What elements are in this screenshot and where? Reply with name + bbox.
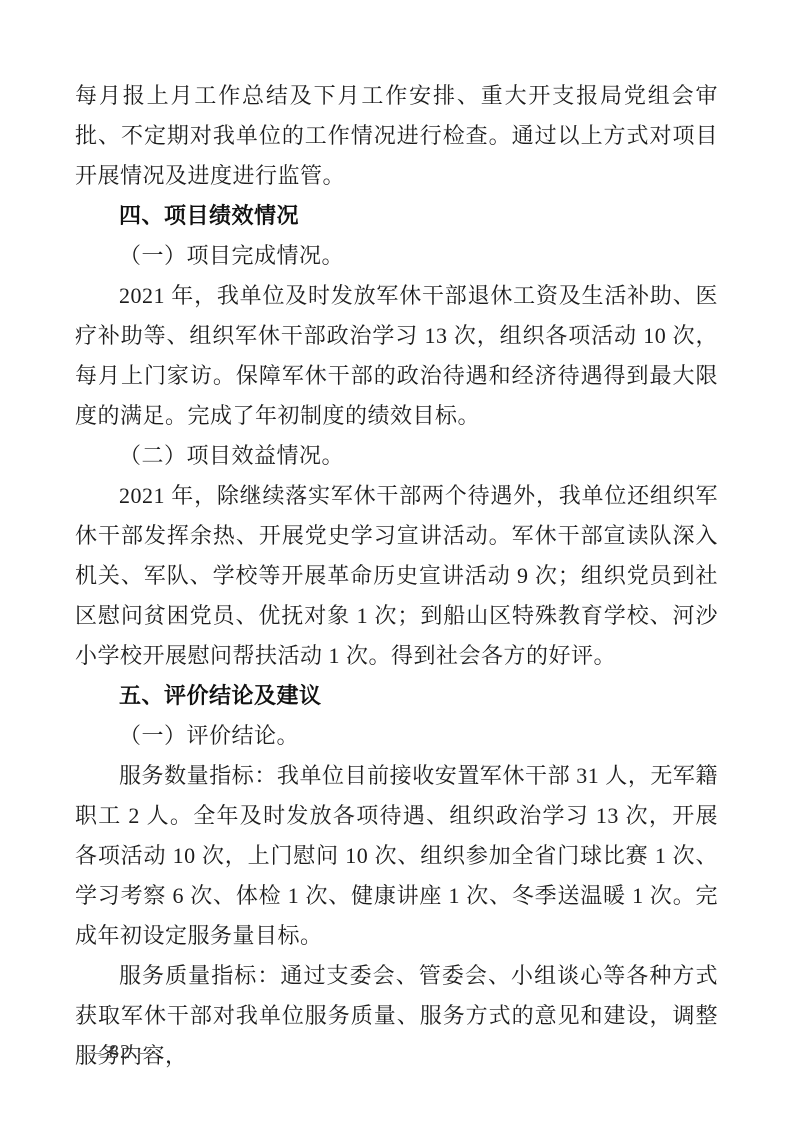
paragraph-service-quality-indicator: 服务质量指标：通过支委会、管委会、小组谈心等各种方式获取军休干部对我单位服务质量… <box>75 956 718 1076</box>
footer-right-dash: — <box>131 1041 166 1063</box>
paragraph-project-benefit: 2021 年，除继续落实军休干部两个待遇外，我单位还组织军休干部发挥余热、开展党… <box>75 476 718 676</box>
page-number: 82 <box>109 1041 131 1063</box>
page-footer: —82— <box>74 1040 166 1064</box>
footer-left-dash: — <box>74 1041 109 1063</box>
section-heading-project-performance: 四、项目绩效情况 <box>75 196 718 236</box>
section-heading-evaluation-conclusion: 五、评价结论及建议 <box>75 676 718 716</box>
subheading-evaluation-conclusion: （一）评价结论。 <box>75 716 718 756</box>
subheading-project-completion: （一）项目完成情况。 <box>75 236 718 276</box>
paragraph-supervision-continuation: 每月报上月工作总结及下月工作安排、重大开支报局党组会审批、不定期对我单位的工作情… <box>75 76 718 196</box>
paragraph-project-completion: 2021 年，我单位及时发放军休干部退休工资及生活补助、医疗补助等、组织军休干部… <box>75 276 718 436</box>
subheading-project-benefit: （二）项目效益情况。 <box>75 436 718 476</box>
paragraph-service-quantity-indicator: 服务数量指标：我单位目前接收安置军休干部 31 人，无军籍职工 2 人。全年及时… <box>75 756 718 956</box>
document-page: 每月报上月工作总结及下月工作安排、重大开支报局党组会审批、不定期对我单位的工作情… <box>0 0 793 1122</box>
document-content: 每月报上月工作总结及下月工作安排、重大开支报局党组会审批、不定期对我单位的工作情… <box>75 0 718 1076</box>
